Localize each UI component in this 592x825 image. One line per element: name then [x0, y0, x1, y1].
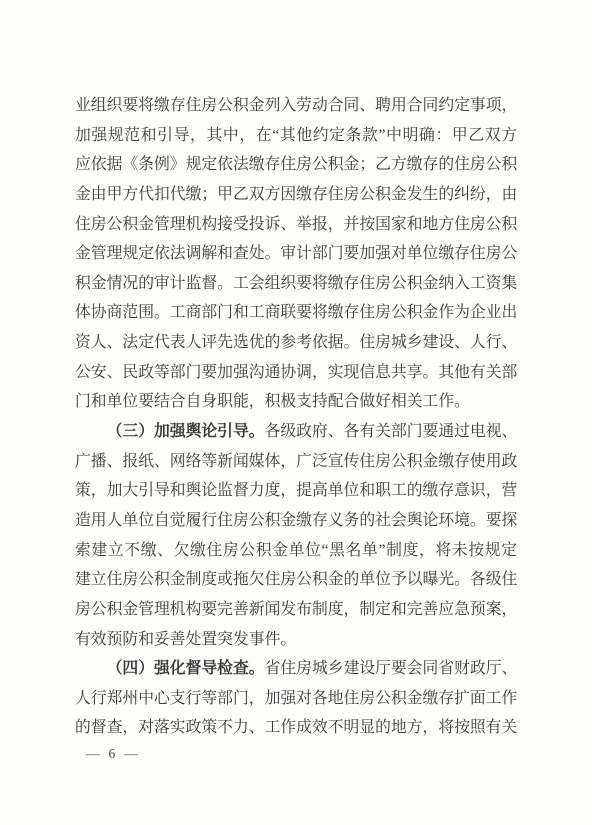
text-line: 业组织要将缴存住房公积金列入劳动合同、聘用合同约定事项，	[75, 91, 517, 121]
text-line-with-heading: （四）强化督导检查。省住房城乡建设厅要会同省财政厅、	[75, 654, 517, 684]
footer-dash-right: —	[124, 746, 138, 762]
document-page: 业组织要将缴存住房公积金列入劳动合同、聘用合同约定事项，加强规范和引导，其中，在…	[0, 0, 592, 825]
text-line: 体协商范围。工商部门和工商联要将缴存住房公积金作为企业出	[75, 298, 517, 328]
text-line-with-heading: （三）加强舆论引导。各级政府、各有关部门要通过电视、	[75, 417, 517, 447]
text-line: 积金情况的审计监督。工会组织要将缴存住房公积金纳入工资集	[75, 269, 517, 299]
text-line: 门和单位要结合自身职能，积极支持配合做好相关工作。	[75, 387, 517, 417]
text-line: 住房公积金管理机构接受投诉、举报，并按国家和地方住房公积	[75, 210, 517, 240]
document-body: 业组织要将缴存住房公积金列入劳动合同、聘用合同约定事项，加强规范和引导，其中，在…	[75, 91, 517, 743]
text-line: 金由甲方代扣代缴；甲乙双方因缴存住房公积金发生的纠纷，由	[75, 180, 517, 210]
text-line: 公安、民政等部门要加强沟通协调，实现信息共享。其他有关部	[75, 358, 517, 388]
text-line: 策，加大引导和舆论监督力度，提高单位和职工的缴存意识，营	[75, 476, 517, 506]
text-line: 应依据《条例》规定依法缴存住房公积金；乙方缴存的住房公积	[75, 150, 517, 180]
text-line: 金管理规定依法调解和查处。审计部门要加强对单位缴存住房公	[75, 239, 517, 269]
text-line: 索建立不缴、欠缴住房公积金单位“黑名单”制度，将未按规定	[75, 536, 517, 566]
text-line: 房公积金管理机构要完善新闻发布制度，制定和完善应急预案，	[75, 595, 517, 625]
page-number: — 6 —	[86, 746, 138, 762]
text-line: 有效预防和妥善处置突发事件。	[75, 625, 517, 655]
text-line: 资人、法定代表人评先选优的参考依据。住房城乡建设、人行、	[75, 328, 517, 358]
footer-number: 6	[109, 746, 116, 762]
text-line: 加强规范和引导，其中，在“其他约定条款”中明确：甲乙双方	[75, 121, 517, 151]
text-line: 造用人单位自觉履行住房公积金缴存义务的社会舆论环境。要探	[75, 506, 517, 536]
text-line: 广播、报纸、网络等新闻媒体，广泛宣传住房公积金缴存使用政	[75, 447, 517, 477]
section-heading: （三）加强舆论引导。	[107, 423, 265, 440]
footer-dash-left: —	[86, 746, 100, 762]
section-heading: （四）强化督导检查。	[107, 660, 265, 677]
text-line: 的督查，对落实政策不力、工作成效不明显的地方，将按照有关	[75, 713, 517, 743]
text-line: 建立住房公积金制度或拖欠住房公积金的单位予以曝光。各级住	[75, 565, 517, 595]
text-line: 人行郑州中心支行等部门，加强对各地住房公积金缴存扩面工作	[75, 684, 517, 714]
